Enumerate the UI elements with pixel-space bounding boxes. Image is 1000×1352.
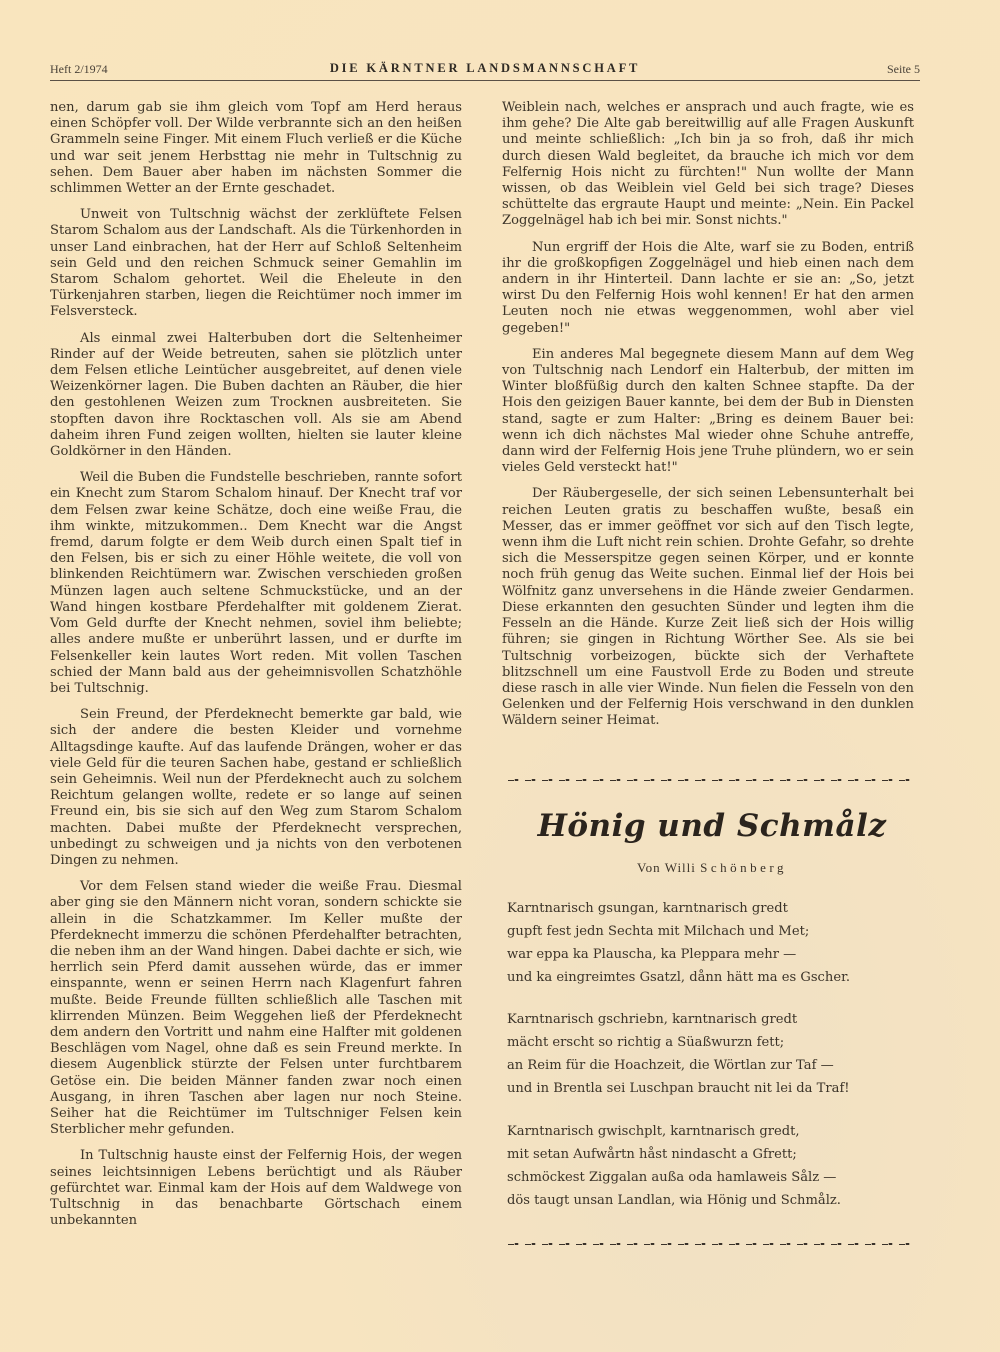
poem-line: Karntnarisch gsungan, karntnarisch gredt <box>507 897 917 920</box>
publication-title: DIE KÄRNTNER LANDSMANNSCHAFT <box>50 61 920 76</box>
poem-title: Hönig und Schmålz <box>502 808 922 844</box>
paragraph: Vor dem Felsen stand wieder die weiße Fr… <box>50 879 462 1138</box>
poem-line: und in Brentla sei Luschpan braucht nit … <box>507 1077 917 1100</box>
left-column: nen, darum gab sie ihm gleich vom Topf a… <box>50 100 462 1239</box>
paragraph: In Tultschnig hauste einst der Felfernig… <box>50 1148 462 1229</box>
paragraph: Unweit von Tultschnig wächst der zerklüf… <box>50 207 462 320</box>
paragraph: Als einmal zwei Halterbuben dort die Sel… <box>50 331 462 461</box>
poem-line: Karntnarisch gschriebn, karntnarisch gre… <box>507 1008 917 1031</box>
poem-line: dös taugt unsan Landlan, wia Hönig und S… <box>507 1189 917 1212</box>
ornamental-divider <box>508 1240 916 1248</box>
page-header: Heft 2/1974 DIE KÄRNTNER LANDSMANNSCHAFT… <box>50 60 920 81</box>
poem-stanza: Karntnarisch gschriebn, karntnarisch gre… <box>507 1008 917 1100</box>
poem-byline: Von Willi Schönberg <box>502 860 922 876</box>
poem-line: mächt erscht so richtig a Süaßwurzn fett… <box>507 1031 917 1054</box>
byline-prefix: Von Willi <box>637 860 696 875</box>
poem-line: und ka eingreimtes Gsatzl, dånn hätt ma … <box>507 966 917 989</box>
paragraph: nen, darum gab sie ihm gleich vom Topf a… <box>50 100 462 197</box>
right-column: Weiblein nach, welches er ansprach und a… <box>502 100 914 740</box>
paragraph: Ein anderes Mal begegnete diesem Mann au… <box>502 347 914 477</box>
ornamental-divider <box>508 776 916 784</box>
page-number: Seite 5 <box>887 62 920 77</box>
poem-stanza: Karntnarisch gsungan, karntnarisch gredt… <box>507 897 917 989</box>
poem-line: schmöckest Ziggalan außa oda hamlaweis S… <box>507 1166 917 1189</box>
paragraph: Sein Freund, der Pferdeknecht bemerkte g… <box>50 707 462 869</box>
poem-stanza: Karntnarisch gwischplt, karntnarisch gre… <box>507 1120 917 1212</box>
paragraph: Weil die Buben die Fundstelle beschriebe… <box>50 470 462 697</box>
paragraph: Der Räubergeselle, der sich seinen Leben… <box>502 486 914 729</box>
poem-line: an Reim für die Hoachzeit, die Wörtlan z… <box>507 1054 917 1077</box>
poem-line: Karntnarisch gwischplt, karntnarisch gre… <box>507 1120 917 1143</box>
poem-line: gupft fest jedn Sechta mit Milchach und … <box>507 920 917 943</box>
poem-line: mit setan Aufwårtn håst nindascht a Gfre… <box>507 1143 917 1166</box>
paragraph: Nun ergriff der Hois die Alte, warf sie … <box>502 240 914 337</box>
paragraph: Weiblein nach, welches er ansprach und a… <box>502 100 914 230</box>
author-name: Schönberg <box>700 860 787 875</box>
poem-line: war eppa ka Plauscha, ka Pleppara mehr — <box>507 943 917 966</box>
